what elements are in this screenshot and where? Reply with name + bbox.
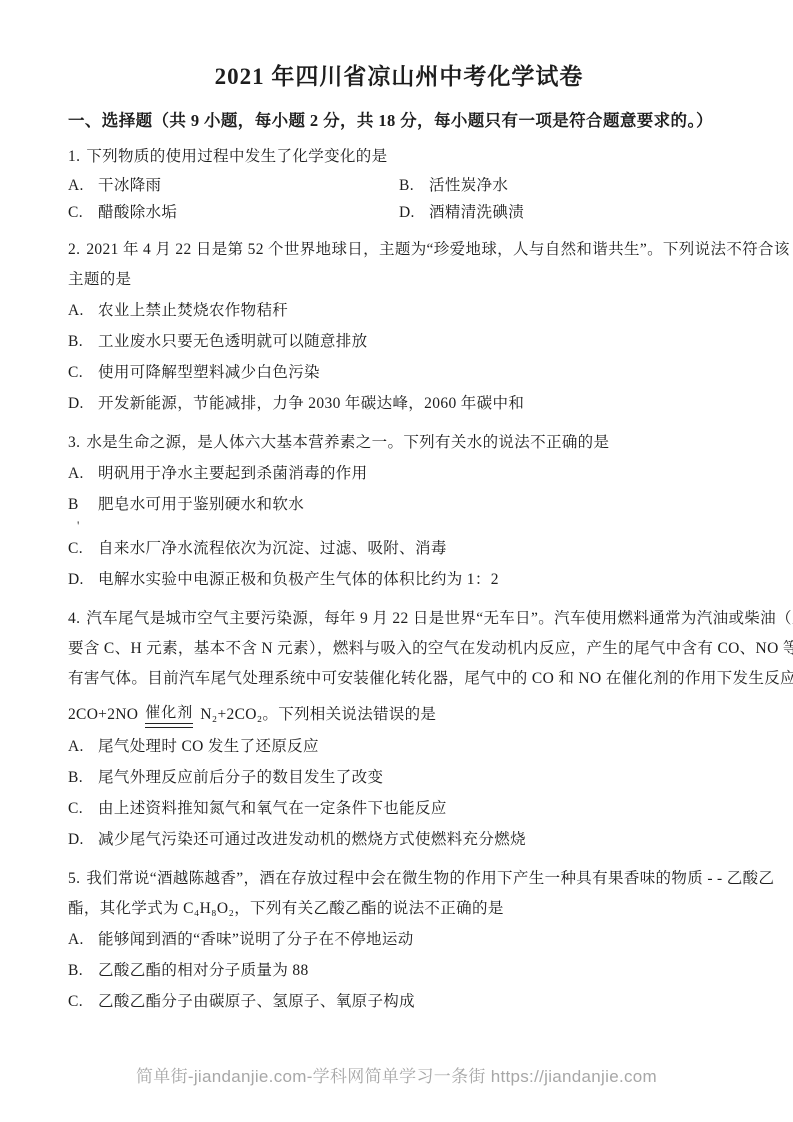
- question-stem-line: 5.我们常说“酒越陈越香”，酒在存放过程中会在微生物的作用下产生一种具有果香味的…: [68, 864, 730, 894]
- option-text: 电解水实验中电源正极和负极产生气体的体积比约为 1：2: [98, 571, 499, 588]
- option-d: D.酒精清洗碘渍: [399, 199, 730, 226]
- option-d: D.电解水实验中电源正极和负极产生气体的体积比约为 1：2: [68, 564, 730, 595]
- option-row: A.干冰降雨 B.活性炭净水: [68, 172, 730, 199]
- option-c: C.乙酸乙酯分子由碳原子、氢原子、氧原子构成: [68, 986, 730, 1017]
- option-text: 干冰降雨: [98, 177, 161, 194]
- option-text: 明矾用于净水主要起到杀菌消毒的作用: [98, 465, 367, 482]
- equation-double-line: [145, 723, 193, 728]
- option-b: B肥皂水可用于鉴别硬水和软水': [68, 489, 730, 520]
- question-number: 3.: [68, 434, 80, 451]
- option-label: D.: [68, 824, 98, 855]
- option-b: B.活性炭净水: [399, 172, 730, 199]
- question-stem-text: 水是生命之源，是人体六大基本营养素之一。下列有关水的说法不正确的是: [86, 434, 609, 451]
- equation-left: 2CO+2NO: [68, 706, 138, 723]
- question-stem-line: 酯，其化学式为 C₄H₈O₂，下列有关乙酸乙酯的说法不正确的是: [68, 894, 730, 924]
- question-stem-line: 要含 C、H 元素，基本不含 N 元素），燃料与吸入的空气在发动机内反应，产生的…: [68, 634, 730, 664]
- question-stem-line: 4.汽车尾气是城市空气主要污染源，每年 9 月 22 日是世界“无车日”。汽车使…: [68, 604, 730, 634]
- option-a: A.能够闻到酒的“香味”说明了分子在不停地运动: [68, 924, 730, 955]
- question-stem-line: 2.2021 年 4 月 22 日是第 52 个世界地球日，主题为“珍爱地球，人…: [68, 235, 730, 265]
- option-label: D.: [399, 199, 429, 226]
- question-number: 5.: [68, 870, 80, 887]
- option-label: C.: [68, 357, 98, 388]
- option-label: D.: [68, 564, 98, 595]
- question-4: 4.汽车尾气是城市空气主要污染源，每年 9 月 22 日是世界“无车日”。汽车使…: [68, 604, 730, 855]
- question-stem-text: 下列物质的使用过程中发生了化学变化的是: [86, 148, 387, 165]
- question-stem-text: 我们常说“酒越陈越香”，酒在存放过程中会在微生物的作用下产生一种具有果香味的物质…: [86, 870, 774, 887]
- option-c: C.自来水厂净水流程依次为沉淀、过滤、吸附、消毒: [68, 533, 730, 564]
- equation-condition-text: 催化剂: [145, 704, 193, 723]
- exam-paper-page: 2021 年四川省凉山州中考化学试卷 一、选择题（共 9 小题，每小题 2 分，…: [0, 0, 793, 1122]
- option-c: C.使用可降解型塑料减少白色污染: [68, 357, 730, 388]
- option-b: B.尾气外理反应前后分子的数目发生了改变: [68, 762, 730, 793]
- option-text: 乙酸乙酯分子由碳原子、氢原子、氧原子构成: [98, 993, 415, 1010]
- option-label: B.: [68, 955, 98, 986]
- option-text: 开发新能源，节能减排，力争 2030 年碳达峰，2060 年碳中和: [98, 395, 524, 412]
- option-d: D.开发新能源，节能减排，力争 2030 年碳达峰，2060 年碳中和: [68, 388, 730, 419]
- option-label: A.: [68, 172, 98, 199]
- option-label: A.: [68, 295, 98, 326]
- question-number: 2.: [68, 241, 80, 258]
- question-stem-line: 3.水是生命之源，是人体六大基本营养素之一。下列有关水的说法不正确的是: [68, 428, 730, 458]
- option-label: D.: [68, 388, 98, 419]
- option-label: B.: [399, 172, 429, 199]
- option-d: D.减少尾气污染还可通过改进发动机的燃烧方式使燃料充分燃烧: [68, 824, 730, 855]
- page-title: 2021 年四川省凉山州中考化学试卷: [68, 60, 730, 94]
- option-label: A.: [68, 924, 98, 955]
- option-label: B.: [68, 762, 98, 793]
- footer-watermark: 简单街-jiandanjie.com-学科网简单学习一条街 https://ji…: [0, 1062, 793, 1087]
- question-2: 2.2021 年 4 月 22 日是第 52 个世界地球日，主题为“珍爱地球，人…: [68, 235, 730, 419]
- option-text: 使用可降解型塑料减少白色污染: [98, 364, 320, 381]
- option-text: 农业上禁止焚烧农作物秸秆: [98, 302, 288, 319]
- question-5: 5.我们常说“酒越陈越香”，酒在存放过程中会在微生物的作用下产生一种具有果香味的…: [68, 864, 730, 1017]
- option-c: C.醋酸除水垢: [68, 199, 399, 226]
- option-text: 活性炭净水: [429, 177, 508, 194]
- question-1: 1.下列物质的使用过程中发生了化学变化的是 A.干冰降雨 B.活性炭净水 C.醋…: [68, 142, 730, 226]
- section-header: 一、选择题（共 9 小题，每小题 2 分，共 18 分，每小题只有一项是符合题意…: [68, 109, 730, 133]
- option-text: 自来水厂净水流程依次为沉淀、过滤、吸附、消毒: [98, 540, 447, 557]
- equation-right: N₂+2CO₂。下列相关说法错误的是: [200, 706, 436, 723]
- option-a: A.明矾用于净水主要起到杀菌消毒的作用: [68, 458, 730, 489]
- option-text: 尾气处理时 CO 发生了还原反应: [98, 738, 319, 755]
- question-stem-text: 汽车尾气是城市空气主要污染源，每年 9 月 22 日是世界“无车日”。汽车使用燃…: [86, 610, 793, 627]
- option-row: C.醋酸除水垢 D.酒精清洗碘渍: [68, 199, 730, 226]
- option-text: 尾气外理反应前后分子的数目发生了改变: [98, 769, 383, 786]
- question-stem-text: 2021 年 4 月 22 日是第 52 个世界地球日，主题为“珍爱地球，人与自…: [86, 241, 789, 258]
- option-text: 由上述资料推知氮气和氧气在一定条件下也能反应: [98, 800, 447, 817]
- option-b: B.工业废水只要无色透明就可以随意排放: [68, 326, 730, 357]
- option-c: C.由上述资料推知氮气和氧气在一定条件下也能反应: [68, 793, 730, 824]
- option-label: A.: [68, 458, 98, 489]
- option-label: C.: [68, 199, 98, 226]
- option-label: C.: [68, 793, 98, 824]
- option-label: B: [68, 489, 98, 520]
- option-text: 醋酸除水垢: [98, 204, 177, 221]
- option-a: A.农业上禁止焚烧农作物秸秆: [68, 295, 730, 326]
- option-a: A.干冰降雨: [68, 172, 399, 199]
- option-label: C.: [68, 986, 98, 1017]
- option-label: A.: [68, 731, 98, 762]
- question-number: 4.: [68, 610, 80, 627]
- option-text: 肥皂水可用于鉴别硬水和软水: [98, 496, 304, 513]
- option-a: A.尾气处理时 CO 发生了还原反应: [68, 731, 730, 762]
- option-b: B.乙酸乙酯的相对分子质量为 88: [68, 955, 730, 986]
- equation-condition: 催化剂: [140, 704, 198, 728]
- option-text: 乙酸乙酯的相对分子质量为 88: [98, 962, 309, 979]
- question-number: 1.: [68, 148, 80, 165]
- question-stem-line: 有害气体。目前汽车尾气处理系统中可安装催化转化器，尾气中的 CO 和 NO 在催…: [68, 664, 730, 694]
- question-3: 3.水是生命之源，是人体六大基本营养素之一。下列有关水的说法不正确的是 A.明矾…: [68, 428, 730, 595]
- page-content: 2021 年四川省凉山州中考化学试卷 一、选择题（共 9 小题，每小题 2 分，…: [68, 60, 730, 1017]
- option-label: C.: [68, 533, 98, 564]
- option-text: 酒精清洗碘渍: [429, 204, 524, 221]
- question-stem-line: 1.下列物质的使用过程中发生了化学变化的是: [68, 142, 730, 172]
- option-label: B.: [68, 326, 98, 357]
- question-stem-line: 主题的是: [68, 265, 730, 295]
- option-text: 减少尾气污染还可通过改进发动机的燃烧方式使燃料充分燃烧: [98, 831, 526, 848]
- chemical-equation: 2CO+2NO催化剂N₂+2CO₂。下列相关说法错误的是: [68, 702, 730, 728]
- option-text: 能够闻到酒的“香味”说明了分子在不停地运动: [98, 931, 414, 948]
- option-text: 工业废水只要无色透明就可以随意排放: [98, 333, 367, 350]
